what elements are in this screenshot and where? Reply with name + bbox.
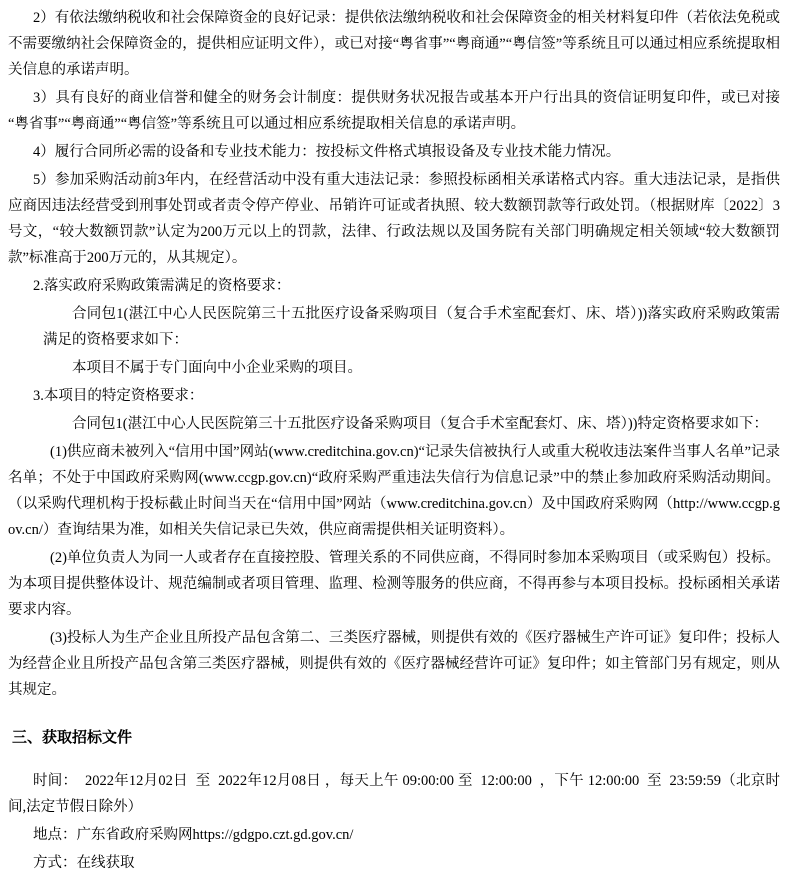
page-body: { "page": { "background_color": "#ffffff… bbox=[0, 0, 788, 895]
specific-item-credit-china: (1)供应商未被列入“信用中国”网站(www.creditchina.gov.c… bbox=[8, 439, 780, 543]
qualification-equipment-capability: 4）履行合同所必需的设备和专业技术能力：按投标文件格式填报设备及专业技术能力情况… bbox=[8, 139, 780, 165]
policy-sme-note: 本项目不属于专门面向中小企业采购的项目。 bbox=[43, 355, 780, 381]
policy-package-requirement: 合同包1(湛江中心人民医院第三十五批医疗设备采购项目（复合手术室配套灯、床、塔）… bbox=[43, 301, 780, 353]
specific-package-requirement: 合同包1(湛江中心人民医院第三十五批医疗设备采购项目（复合手术室配套灯、床、塔）… bbox=[43, 411, 780, 437]
policy-requirements-heading: 2.落实政府采购政策需满足的资格要求： bbox=[8, 273, 780, 299]
obtain-method: 方式：在线获取 bbox=[8, 850, 780, 876]
qualification-financial-accounting: 3）具有良好的商业信誉和健全的财务会计制度：提供财务状况报告或基本开户行出具的资… bbox=[8, 85, 780, 137]
qualification-no-major-violation: 5）参加采购活动前3年内，在经营活动中没有重大违法记录：参照投标函相关承诺格式内… bbox=[8, 167, 780, 271]
section-heading-obtain-tender-documents: 三、获取招标文件 bbox=[8, 725, 780, 751]
obtain-time: 时间： 2022年12月02日 至 2022年12月08日 ，每天上午 09:0… bbox=[8, 768, 780, 820]
procurement-site-url: https://gdgpo.czt.gd.gov.cn/ bbox=[193, 827, 354, 843]
specific-item-medical-device-license: (3)投标人为生产企业且所投产品包含第二、三类医疗器械，则提供有效的《医疗器械生… bbox=[8, 625, 780, 703]
specific-item-same-responsible-person: (2)单位负责人为同一人或者存在直接控股、管理关系的不同供应商，不得同时参加本采… bbox=[8, 545, 780, 623]
qualification-tax-social-security-record: 2）有依法缴纳税收和社会保障资金的良好记录：提供依法缴纳税收和社会保障资金的相关… bbox=[8, 5, 780, 83]
obtain-location: 地点：广东省政府采购网https://gdgpo.czt.gd.gov.cn/ bbox=[8, 822, 780, 848]
tender-notice-document: 2）有依法缴纳税收和社会保障资金的良好记录：提供依法缴纳税收和社会保障资金的相关… bbox=[0, 0, 788, 895]
obtain-location-label: 地点：广东省政府采购网 bbox=[33, 827, 193, 843]
specific-requirements-heading: 3.本项目的特定资格要求： bbox=[8, 383, 780, 409]
